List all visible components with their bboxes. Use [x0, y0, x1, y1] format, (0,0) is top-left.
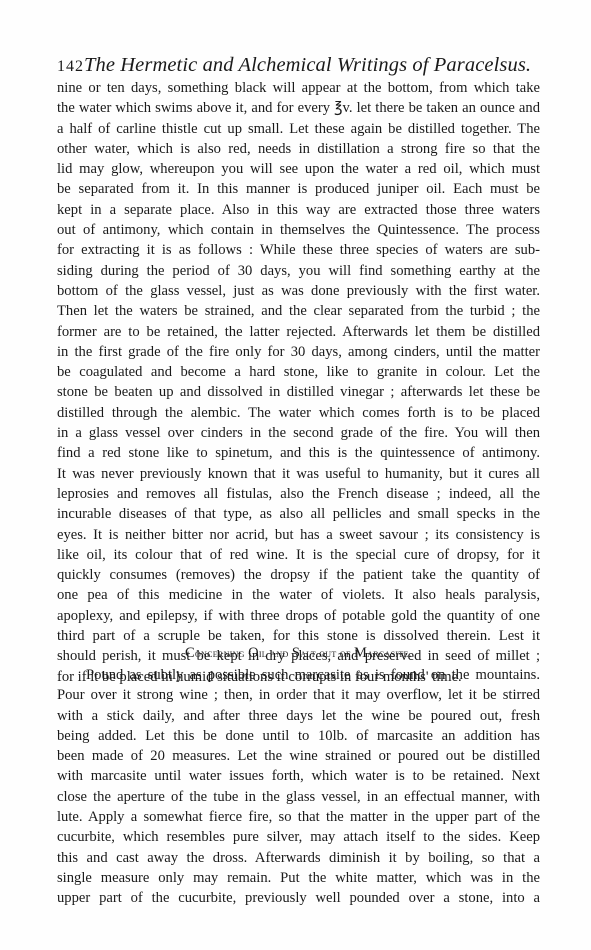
- page-number: 142: [57, 58, 84, 76]
- text-line: third part of a scruple be taken, for th…: [57, 626, 540, 646]
- text-line: with a stick daily, and after three days…: [57, 706, 540, 726]
- text-line: cucurbite, which resembles pure silver, …: [57, 827, 540, 847]
- text-line: find a red stone like to spinetum, and t…: [57, 443, 540, 463]
- text-line: nine or ten days, something black will a…: [57, 78, 540, 98]
- text-line: like oil, its colour that of red wine. I…: [57, 545, 540, 565]
- text-line: other water, which is also red, needs in…: [57, 139, 540, 159]
- text-line: this and cast away the dross. Afterwards…: [57, 848, 540, 868]
- text-line: lute. Apply a somewhat fierce fire, so t…: [57, 807, 540, 827]
- section-heading: Concerning Oil and Salt out of Marcasite…: [57, 645, 540, 662]
- text-line: Pound as subtly as possible such marcasi…: [57, 665, 540, 685]
- text-line: apoplexy, and epilepsy, if with three dr…: [57, 606, 540, 626]
- text-line: kept in a separate place. Also in this w…: [57, 200, 540, 220]
- text-line: out of antimony, which contain in themse…: [57, 220, 540, 240]
- running-title: The Hermetic and Alchemical Writings of …: [84, 54, 531, 77]
- text-line: Then let the waters be strained, and the…: [57, 301, 540, 321]
- text-line: in the first grade of the fire only for …: [57, 342, 540, 362]
- text-line: being added. Let this be done until to 1…: [57, 726, 540, 746]
- text-line: upper part of the cucurbite, previously …: [57, 888, 540, 908]
- text-line: the water which swims above it, and for …: [57, 98, 540, 118]
- text-line: a half of carline thistle cut up small. …: [57, 119, 540, 139]
- text-line: in a glass vessel over cinders in the se…: [57, 423, 540, 443]
- text-line: stone be beaten up and dissolved in dist…: [57, 382, 540, 402]
- text-line: eyes. It is neither bitter nor acrid, bu…: [57, 525, 540, 545]
- page-header: 142 The Hermetic and Alchemical Writings…: [57, 52, 547, 78]
- text-line: one pea of this medicine in the water of…: [57, 585, 540, 605]
- text-line: close the aperture of the tube in the gl…: [57, 787, 540, 807]
- text-line: Pour over it strong wine ; then, in orde…: [57, 685, 540, 705]
- text-line: former are to be retained, the latter re…: [57, 322, 540, 342]
- text-line: It was never previously known that it wa…: [57, 464, 540, 484]
- text-line: for extracting it is as follows : While …: [57, 240, 540, 260]
- text-line: single measure only may remain. Put the …: [57, 868, 540, 888]
- text-line: be coagulated and become a hard stone, l…: [57, 362, 540, 382]
- text-line: siding during the period of 30 days, you…: [57, 261, 540, 281]
- text-line: quickly consumes (removes) the dropsy if…: [57, 565, 540, 585]
- paragraph-2: Pound as subtly as possible such marcasi…: [57, 665, 540, 909]
- book-page: 142 The Hermetic and Alchemical Writings…: [0, 0, 591, 950]
- text-line: be separated from it. In this manner is …: [57, 179, 540, 199]
- text-line: with marcasite until water issues forth,…: [57, 766, 540, 786]
- text-line: leprosies and removes all fistulas, also…: [57, 484, 540, 504]
- text-line: lid may glow, whereupon you will see upo…: [57, 159, 540, 179]
- paragraph-1: nine or ten days, something black will a…: [57, 78, 540, 687]
- text-line: incurable diseases of that type, as also…: [57, 504, 540, 524]
- text-line: been made of 20 measures. Let the wine s…: [57, 746, 540, 766]
- text-line: bottom of the glass vessel, just as was …: [57, 281, 540, 301]
- text-line: distilled through the alembic. The water…: [57, 403, 540, 423]
